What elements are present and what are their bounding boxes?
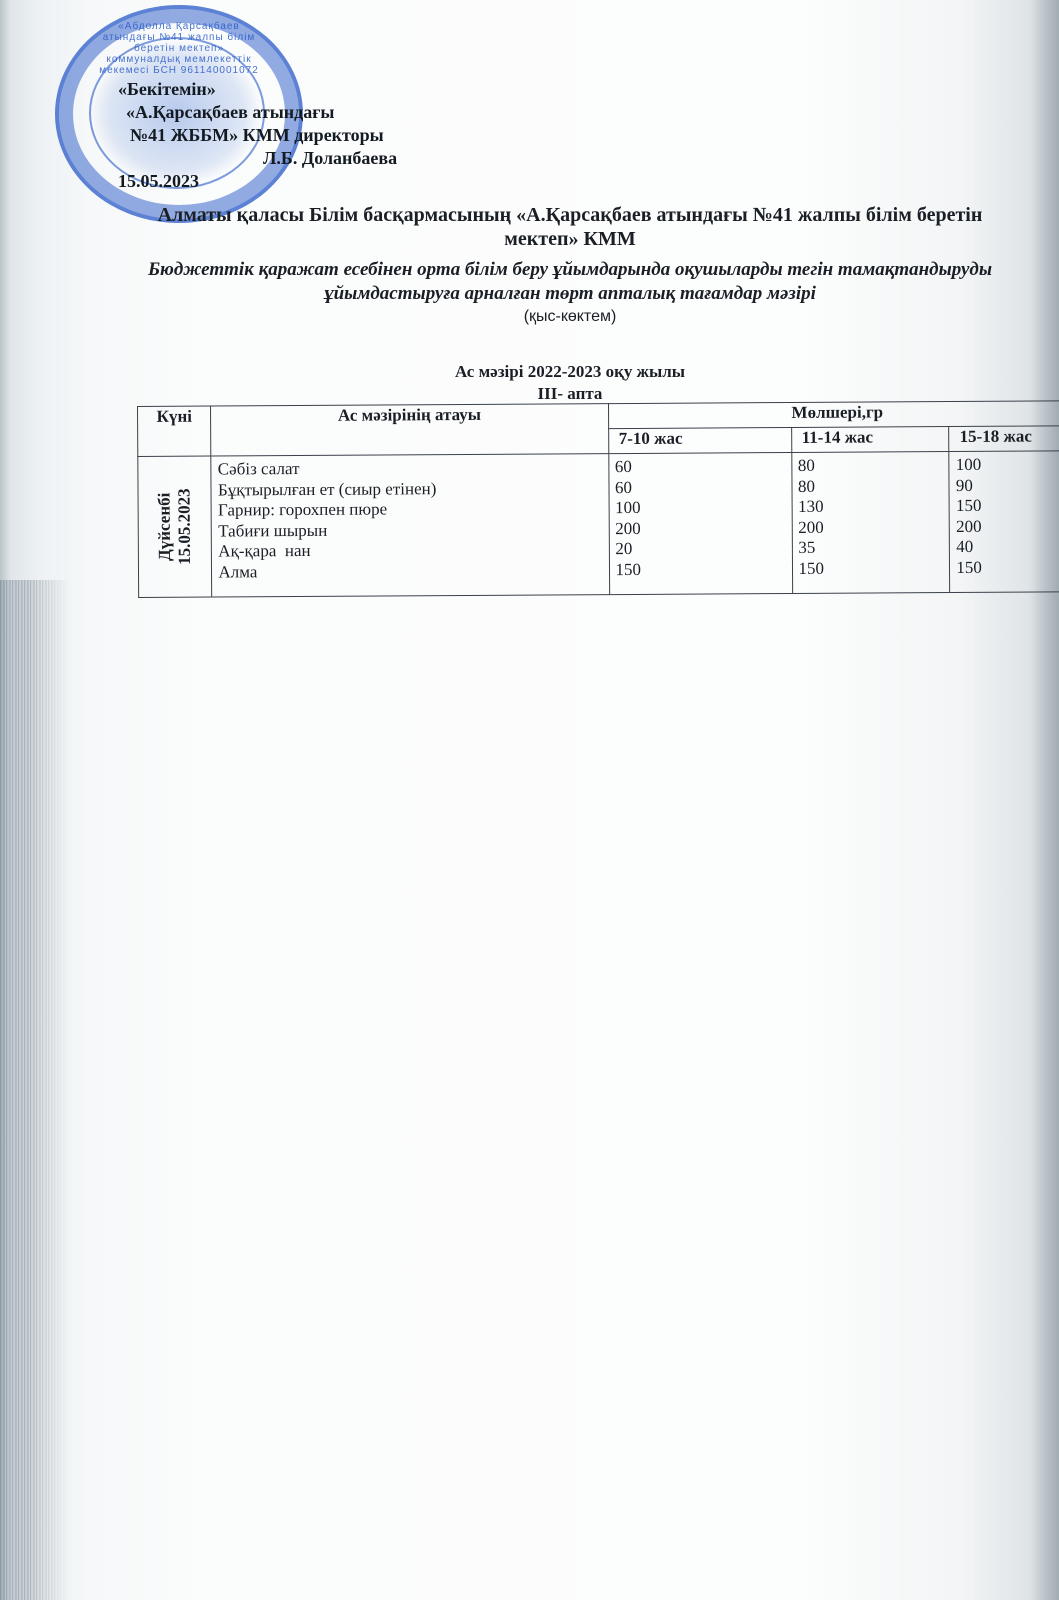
- header-amount: Мөлшері,гр: [608, 401, 1059, 429]
- header-age-7-10: 7-10 жас: [608, 428, 791, 454]
- cell-line: 200: [798, 517, 943, 538]
- cell-line: 60: [615, 456, 785, 478]
- menu-table: Күні Ас мәзірінің атауы Мөлшері,гр 7-10 …: [137, 400, 1059, 598]
- cell-line: 80: [798, 476, 943, 497]
- cell-line: 150: [956, 557, 1059, 578]
- approval-school: «А.Қарсақбаев атындағы: [118, 101, 397, 124]
- cell-line: 150: [798, 558, 943, 579]
- approval-block: «Бекітемін» «А.Қарсақбаев атындағы №41 Ж…: [118, 78, 397, 193]
- cell-line: Ақ-қара нан: [218, 539, 602, 562]
- cell-line: 200: [615, 518, 785, 540]
- cell-line: 150: [956, 495, 1059, 516]
- cell-line: 100: [615, 497, 785, 519]
- approval-date: 15.05.2023: [118, 170, 397, 193]
- header-age-15-18: 15-18 жас: [949, 426, 1059, 452]
- approval-heading: «Бекітемін»: [118, 78, 397, 101]
- stamp-text: «Абдолла Қарсақбаев атындағы №41 жалпы б…: [99, 21, 259, 76]
- cell-line: 200: [956, 516, 1059, 537]
- day-date: 15.05.2023: [175, 488, 195, 565]
- cell-line: 80: [798, 455, 943, 476]
- header-age-11-14: 11-14 жас: [791, 427, 949, 453]
- document-subtitle: Бюджеттік қаражат есебінен орта білім бе…: [130, 258, 1010, 306]
- menu-year-label: Ас мәзірі 2022-2023 оқу жылы: [130, 362, 1010, 382]
- cell-line: 35: [798, 537, 943, 558]
- cell-line: Алма: [218, 560, 602, 583]
- header-dish: Ас мәзірінің атауы: [211, 404, 608, 456]
- cell-line: 40: [956, 536, 1059, 557]
- cell-line: Сәбіз салат: [218, 457, 602, 480]
- cell-line: Гарнир: горохпен пюре: [218, 498, 602, 521]
- approval-position: №41 ЖББМ» КММ директоры: [118, 124, 397, 147]
- table-row: Дүйсенбі 15.05.2023 Сәбіз салатБұқтырылғ…: [138, 451, 1059, 598]
- amounts-7-10-cell: 606010020020150: [608, 453, 792, 595]
- day-cell: Дүйсенбі 15.05.2023: [138, 456, 212, 597]
- cell-line: Бұқтырылған ет (сиыр етінен): [218, 478, 602, 501]
- cell-line: 90: [956, 475, 1059, 496]
- day-name: Дүйсенбі: [155, 489, 175, 566]
- dishes-cell: Сәбіз салатБұқтырылған ет (сиыр етінен)Г…: [211, 454, 609, 597]
- cell-line: 60: [615, 477, 785, 499]
- document-title: Алматы қаласы Білім басқармасының «А.Қар…: [130, 203, 1010, 251]
- header-day: Күні: [138, 406, 212, 456]
- scan-edge-shadow-right: [1029, 0, 1059, 1600]
- cell-line: 100: [956, 454, 1059, 475]
- cell-line: 20: [615, 538, 785, 560]
- cell-line: 150: [615, 559, 785, 581]
- amounts-15-18-cell: 1009015020040150: [949, 451, 1059, 593]
- amounts-11-14-cell: 808013020035150: [791, 452, 950, 594]
- day-label: Дүйсенбі 15.05.2023: [155, 488, 195, 565]
- approval-signatory: Л.Б. Доланбаева: [118, 147, 397, 170]
- scan-edge-shadow-left: [0, 580, 70, 1600]
- cell-line: Табиғи шырын: [218, 519, 602, 542]
- cell-line: 130: [798, 496, 943, 517]
- season-label: (қыс-көктем): [130, 308, 1010, 326]
